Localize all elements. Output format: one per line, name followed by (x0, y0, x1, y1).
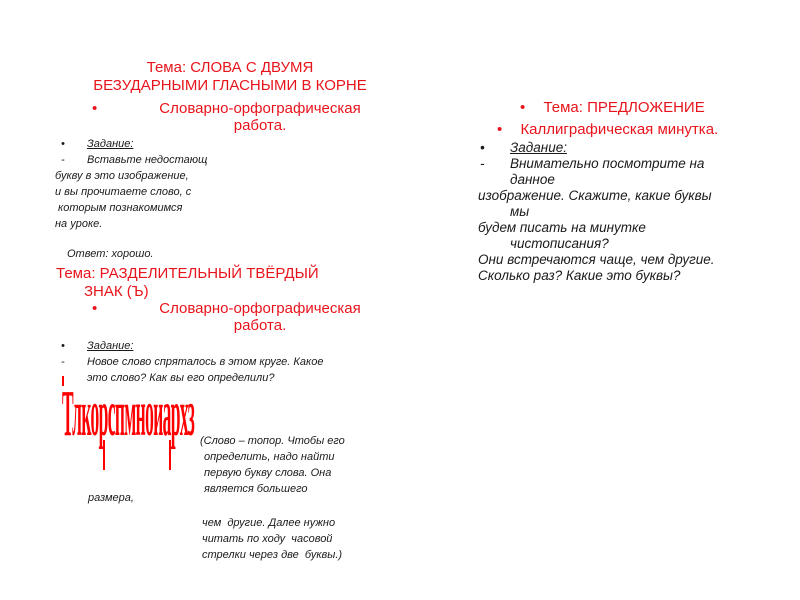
task-2-line: Новое слово спряталось в этом круге. Как… (55, 356, 323, 368)
task-3-line-cont: чистописания? (478, 236, 788, 252)
bullet-icon: • (520, 99, 525, 116)
task-1-line: на уроке. (55, 216, 315, 232)
topic-1-line-1: Тема: СЛОВА С ДВУМЯ (50, 59, 410, 77)
wordart-tail (103, 440, 105, 470)
dash-marker: - (61, 152, 65, 168)
subheading-2-line-1: Словарно-орфографическая (80, 300, 410, 317)
dash-marker: - (61, 354, 65, 370)
task-3-line: изображение. Скажите, какие буквы (478, 188, 788, 204)
explanation-line: чем другие. Далее нужно (200, 515, 420, 531)
bullet-icon: • (61, 136, 65, 152)
subheading-3-text: Каллиграфическая минутка. (506, 121, 718, 138)
bullet-icon: • (497, 121, 502, 138)
topic-2-line-2: ЗНАК (Ъ) (56, 283, 416, 301)
task-1-line: и вы прочитаете слово, с (55, 184, 315, 200)
task-1-line: Вставьте недостающ (55, 154, 207, 166)
task-3-line: будем писать на минутке (478, 220, 788, 236)
subheading-1-line-2: работа. (80, 117, 410, 134)
task-1-answer: Ответ: хорошо. (55, 246, 315, 262)
task-3-line-cont: данное (478, 172, 788, 188)
topic-heading-3: • Тема: ПРЕДЛОЖЕНИЕ (520, 99, 790, 116)
topic-heading-2: Тема: РАЗДЕЛИТЕЛЬНЫЙ ТВЁРДЫЙ ЗНАК (Ъ) (56, 265, 416, 301)
wordart-tail (169, 440, 171, 470)
explanation-line: читать по ходу часовой (200, 531, 420, 547)
explanation: (Слово – топор. Чтобы его определить, на… (200, 433, 420, 563)
explanation-line: определить, надо найти (200, 449, 420, 465)
subheading-2: • Словарно-орфографическая работа. (80, 300, 410, 334)
task-1-line: которым познакомимся (55, 200, 315, 216)
topic-2-line-1: Тема: РАЗДЕЛИТЕЛЬНЫЙ ТВЁРДЫЙ (56, 265, 416, 283)
task-label: Задание: (55, 340, 133, 352)
task-1: •Задание: -Вставьте недостающ букву в эт… (55, 136, 315, 262)
subheading-1: • Словарно-орфографическая работа. (80, 100, 410, 134)
subheading-3: • Каллиграфическая минутка. (497, 121, 797, 138)
bullet-icon: • (92, 100, 97, 117)
wordart-text: Тлкорспмноиархз (62, 380, 136, 450)
topic-3-text: Тема: ПРЕДЛОЖЕНИЕ (529, 99, 704, 116)
task-3: •Задание: -Внимательно посмотрите наданн… (478, 140, 788, 287)
subheading-2-line-2: работа. (80, 317, 410, 334)
bullet-icon: • (92, 300, 97, 317)
task-1-line: букву в это изображение, (55, 168, 315, 184)
task-3-line: Внимательно посмотрите на (478, 156, 788, 172)
topic-heading-1: Тема: СЛОВА С ДВУМЯ БЕЗУДАРНЫМИ ГЛАСНЫМИ… (50, 59, 410, 95)
subheading-1-line-1: Словарно-орфографическая (80, 100, 410, 117)
bullet-icon: • (61, 338, 65, 354)
bullet-icon: • (480, 140, 485, 156)
task-3-line: Они встречаются чаще, чем другие. (478, 252, 788, 268)
explanation-line-left: размера, (88, 490, 134, 506)
task-3-line-cont: мы (478, 204, 788, 220)
task-label: Задание: (55, 138, 133, 150)
task-label: Задание: (478, 140, 567, 155)
dash-marker: - (480, 156, 485, 172)
topic-1-line-2: БЕЗУДАРНЫМИ ГЛАСНЫМИ В КОРНЕ (50, 77, 410, 95)
task-3-line: Сколько раз? Какие это буквы? (478, 268, 788, 284)
explanation-line: первую букву слова. Она (200, 465, 420, 481)
explanation-line: стрелки через две буквы.) (200, 547, 420, 563)
wordart-tail (62, 376, 64, 386)
explanation-line: является большего (200, 481, 420, 497)
hidden-word-wordart: Тлкорспмноиархз (62, 380, 192, 470)
explanation-line: (Слово – топор. Чтобы его (200, 433, 420, 449)
